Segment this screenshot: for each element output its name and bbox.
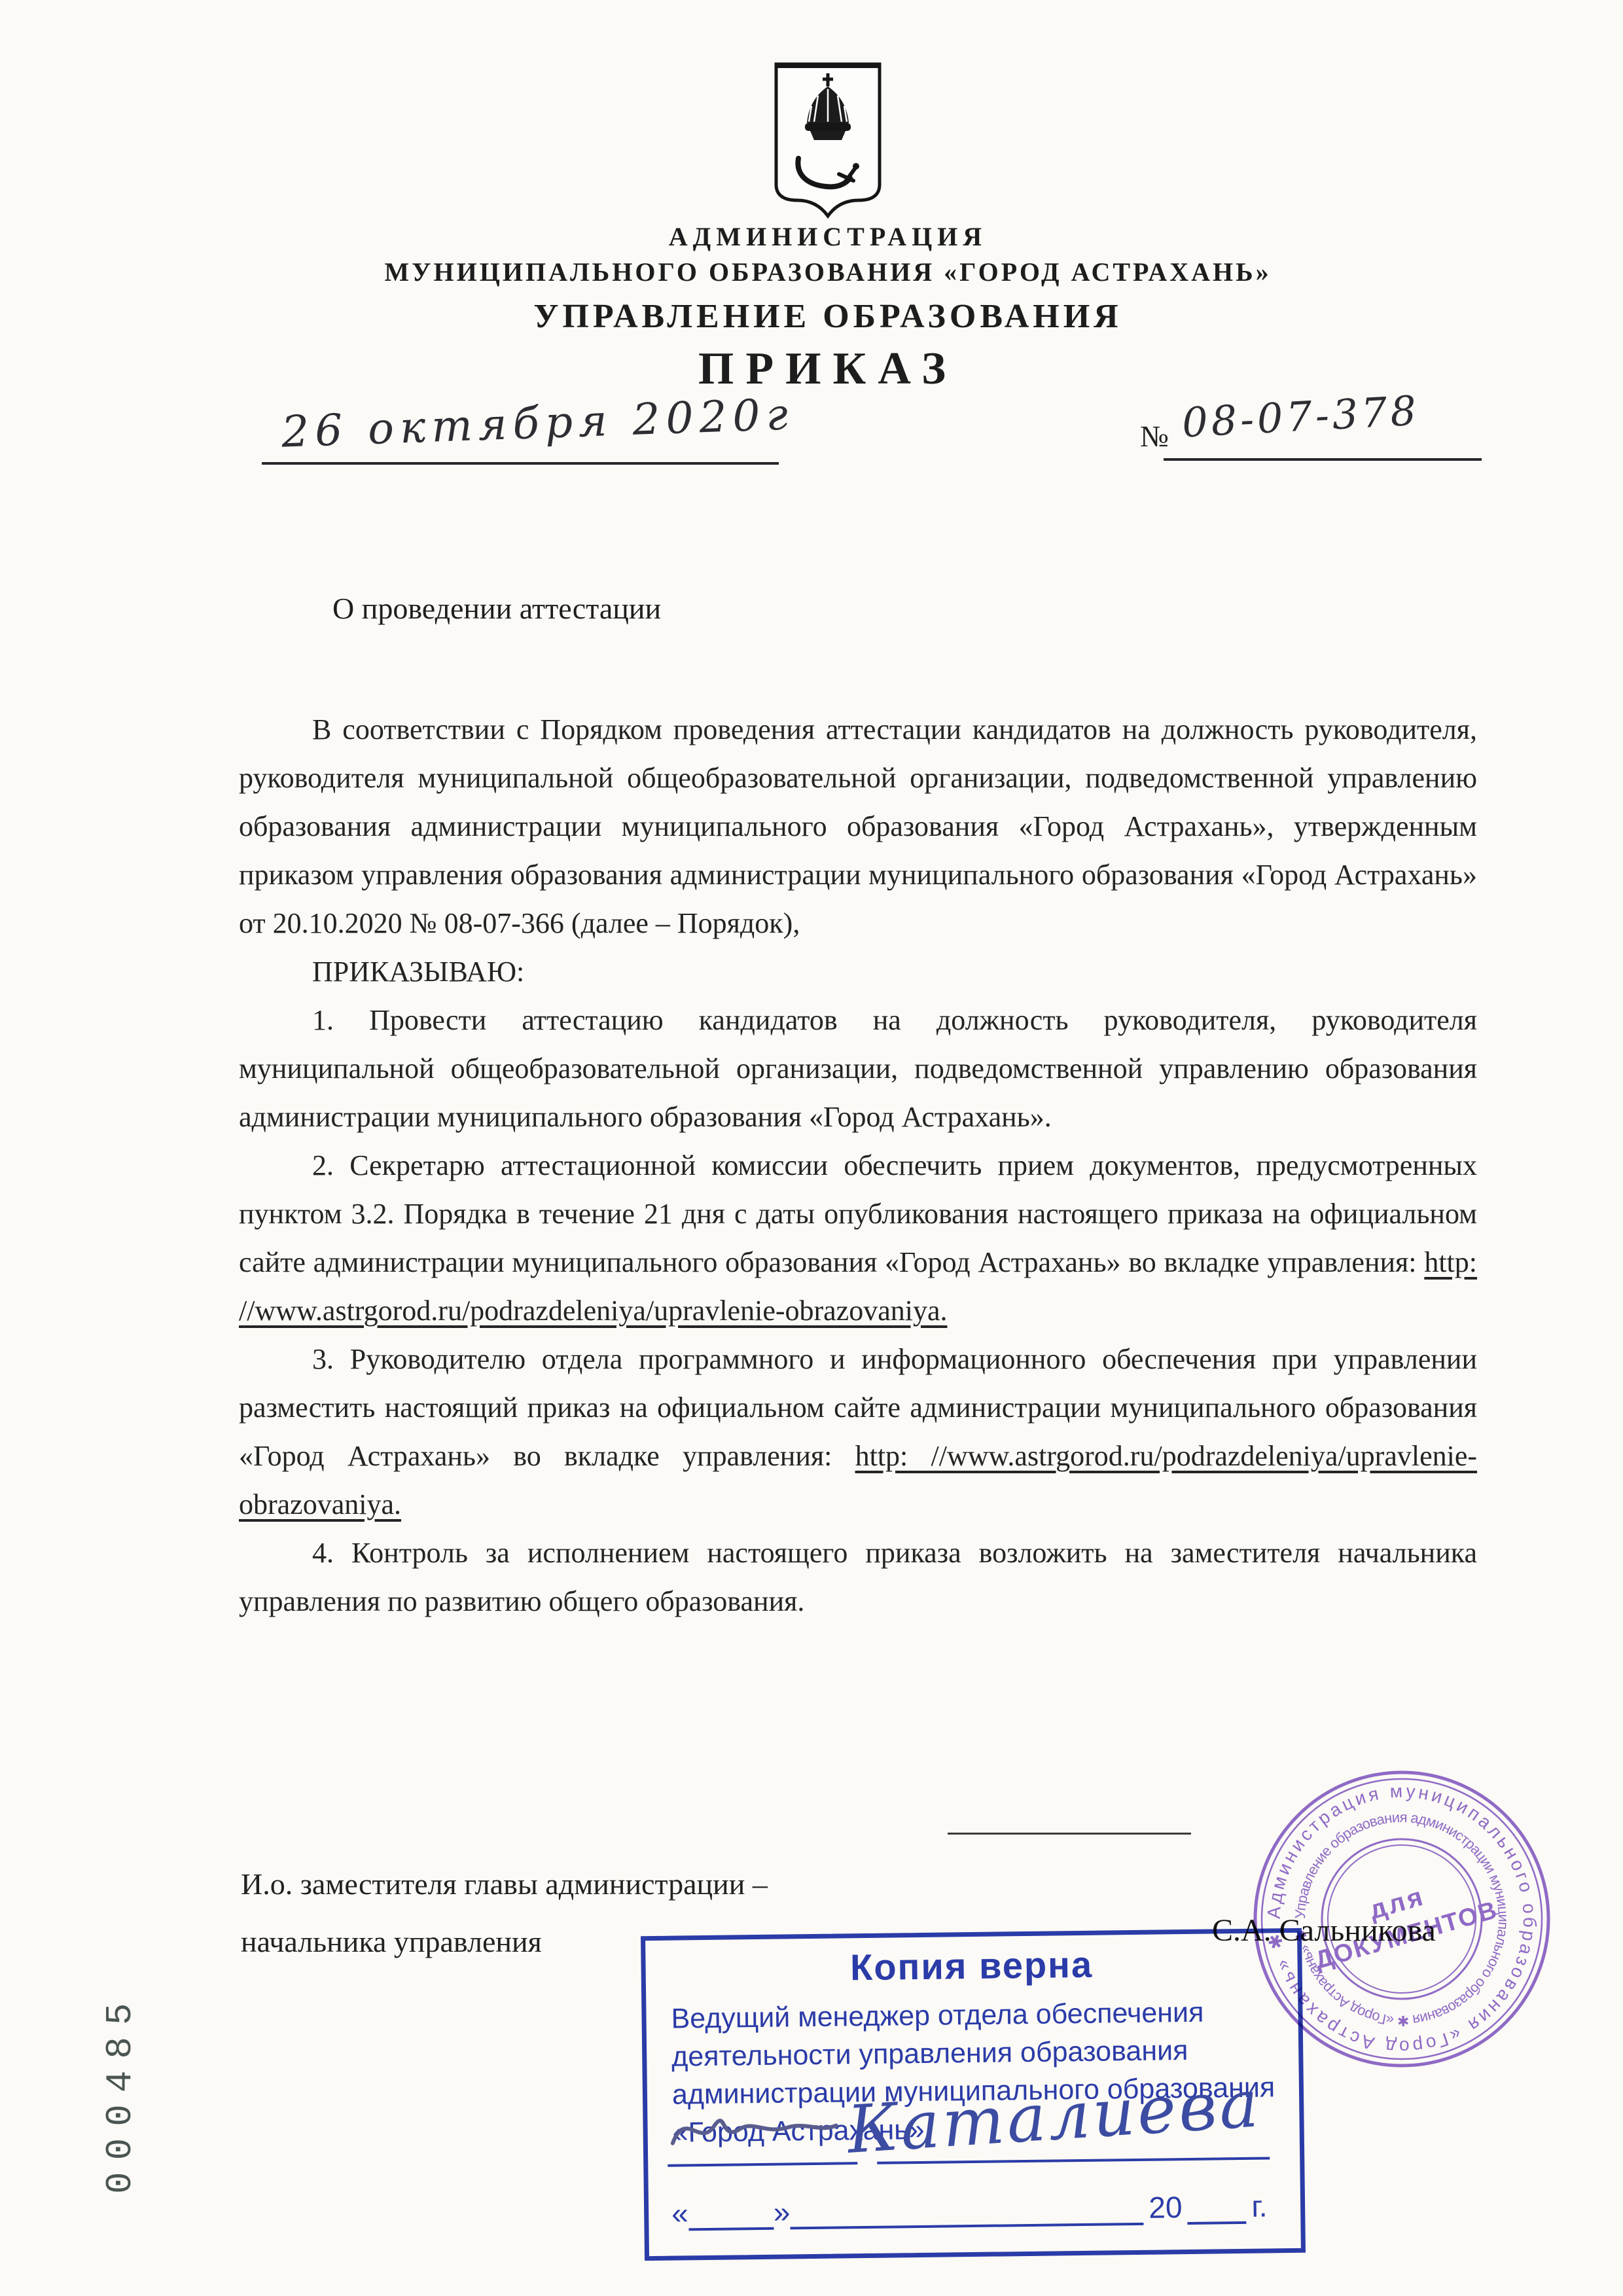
date-underline bbox=[262, 462, 779, 465]
copy-stamp-line-1: Ведущий менеджер отдела обеспечения bbox=[671, 1997, 1204, 2036]
order-item-2-text: 2. Секретарю аттестационной комиссии обе… bbox=[239, 1149, 1477, 1278]
close-quote: » bbox=[773, 2194, 790, 2229]
signature-flourish bbox=[666, 2094, 843, 2161]
prikaz-keyword: ПРИКАЗЫВАЮ: bbox=[239, 948, 1477, 996]
order-item-2: 2. Секретарю аттестационной комиссии обе… bbox=[239, 1141, 1477, 1335]
handwritten-date: 26 октября 2020г bbox=[281, 389, 794, 457]
document-subject: О проведении аттестации bbox=[332, 591, 661, 626]
signer-title-line2: начальника управления bbox=[241, 1924, 542, 1959]
stamp-date-template: « » 20 г. bbox=[671, 2187, 1281, 2231]
astrakhan-coat-of-arms-icon bbox=[771, 59, 885, 223]
number-sign: № bbox=[1140, 419, 1169, 454]
stamp-underline-left bbox=[668, 2162, 857, 2167]
copy-certification-stamp: Копия верна Ведущий менеджер отдела обес… bbox=[641, 1928, 1306, 2261]
order-item-1: 1. Провести аттестацию кандидатов на дол… bbox=[239, 996, 1477, 1141]
year-suffix: г. bbox=[1251, 2189, 1268, 2224]
scanned-order-document: АДМИНИСТРАЦИЯ МУНИЦИПАЛЬНОГО ОБРАЗОВАНИЯ… bbox=[0, 0, 1623, 2296]
order-item-4-text: 4. Контроль за исполнением настоящего пр… bbox=[239, 1537, 1477, 1617]
document-body: В соответствии с Порядком проведения атт… bbox=[239, 706, 1477, 1626]
inventory-number-vertical: 000485 bbox=[99, 1991, 141, 2194]
signer-title-line1: И.о. заместителя главы администрации – bbox=[241, 1867, 768, 1901]
copy-stamp-line-2: деятельности управления образования bbox=[671, 2035, 1188, 2073]
month-blank bbox=[790, 2189, 1144, 2230]
header-municipality: МУНИЦИПАЛЬНОГО ОБРАЗОВАНИЯ «ГОРОД АСТРАХ… bbox=[242, 257, 1414, 287]
order-item-1-text: 1. Провести аттестацию кандидатов на дол… bbox=[239, 1004, 1477, 1133]
header-department: УПРАВЛЕНИЕ ОБРАЗОВАНИЯ bbox=[242, 297, 1414, 336]
order-item-3: 3. Руководителю отдела программного и ин… bbox=[239, 1335, 1477, 1529]
copy-stamp-title: Копия верна bbox=[645, 1941, 1298, 1991]
handwritten-number: 08-07-378 bbox=[1181, 387, 1420, 447]
order-item-4: 4. Контроль за исполнением настоящего пр… bbox=[239, 1529, 1477, 1626]
number-underline bbox=[1164, 458, 1482, 461]
year-blank bbox=[1187, 2187, 1247, 2225]
open-quote: « bbox=[671, 2195, 688, 2231]
preamble-paragraph: В соответствии с Порядком проведения атт… bbox=[239, 706, 1477, 948]
round-official-stamp: Администрация муниципального образования… bbox=[1251, 1768, 1552, 2070]
year-prefix: 20 bbox=[1149, 2189, 1183, 2225]
signature-line bbox=[948, 1833, 1191, 1835]
header-administration: АДМИНИСТРАЦИЯ bbox=[242, 221, 1414, 252]
document-type-title: ПРИКАЗ bbox=[242, 343, 1414, 395]
day-blank bbox=[688, 2193, 774, 2231]
